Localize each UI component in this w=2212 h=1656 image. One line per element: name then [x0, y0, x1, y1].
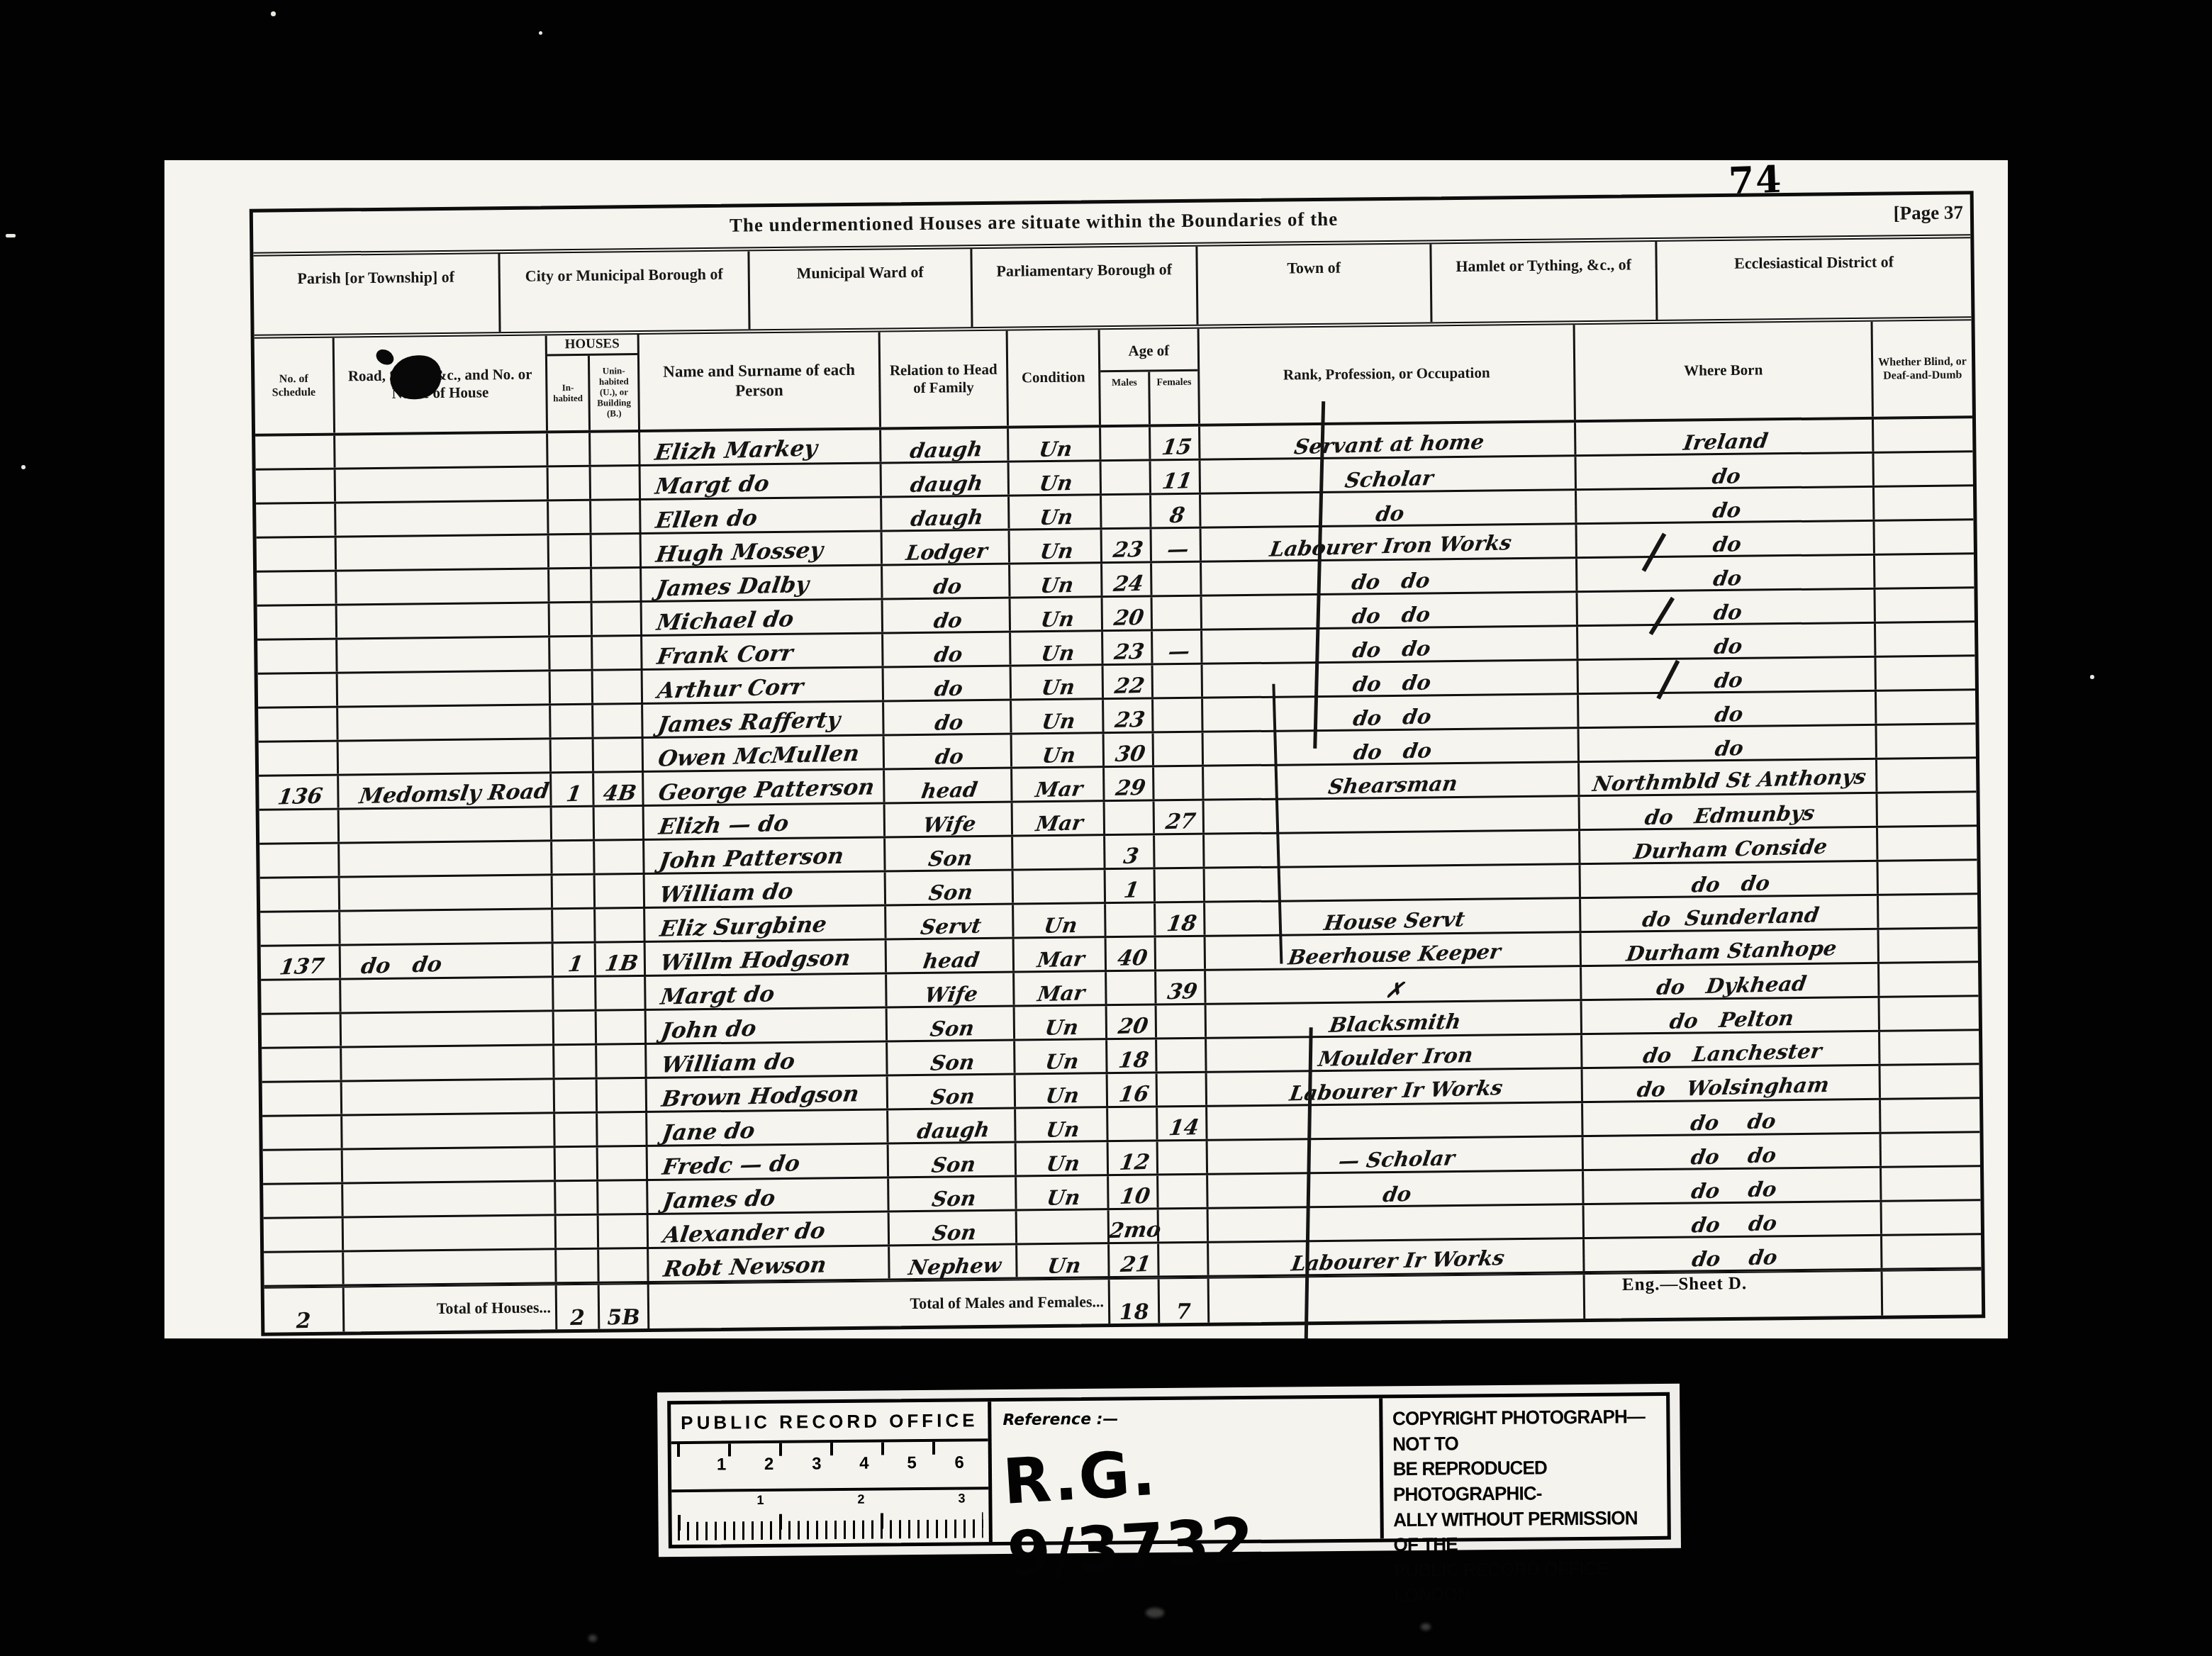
cell-inhabited: [555, 1114, 598, 1146]
cell-inhabited: [557, 1250, 599, 1282]
col-header-age: Age of: [1100, 329, 1198, 370]
cell-infirmity: [1875, 486, 1973, 519]
cell-inhabited: [552, 739, 594, 772]
reference-value: R.G. 9/3732: [1001, 1423, 1385, 1591]
cell-infirmity: [1874, 418, 1972, 451]
cell-uninhabited: [599, 1249, 649, 1282]
cell-schedule: [262, 1116, 342, 1148]
cell-condition: Mar: [1013, 802, 1105, 834]
cell-name: John do: [647, 1008, 888, 1043]
cell-road: [342, 1012, 554, 1046]
cell-age-f: —: [1153, 631, 1202, 664]
cell-age-m: 16: [1108, 1073, 1158, 1106]
cell-name: Margt do: [646, 974, 887, 1009]
cell-name: Robt Newson: [649, 1246, 890, 1281]
cell-age-f: [1155, 835, 1205, 868]
cell-infirmity: [1877, 759, 1976, 791]
list-item: 6: [954, 1453, 964, 1473]
cell-relation: daugh: [888, 1109, 1016, 1143]
cell-relation: Son: [889, 1177, 1017, 1211]
cell-condition: Un: [1012, 666, 1104, 698]
cell-schedule: [262, 1048, 342, 1080]
pro-reference-section: Reference :— R.G. 9/3732: [991, 1398, 1384, 1542]
cell-inhabited: [550, 603, 593, 636]
cell-infirmity: [1882, 1201, 1981, 1233]
total-houses-label: Total of Houses...: [345, 1285, 558, 1331]
list-item: COPYRIGHT PHOTOGRAPH—NOT TO: [1392, 1404, 1651, 1457]
col-header-born: Where Born: [1575, 322, 1874, 420]
cell-uninhabited: [598, 1079, 647, 1112]
cell-occupation: [1205, 831, 1580, 867]
cell-road: [344, 1250, 557, 1284]
col-header-houses-group: HOUSES In-habited Unin-habited (U.), or …: [547, 335, 640, 430]
cell-infirmity: [1878, 827, 1977, 859]
cell-age-m: 23: [1102, 529, 1152, 561]
cell-age-m: [1101, 427, 1151, 459]
cell-road: [338, 705, 551, 739]
cell-inhabited: [554, 1012, 597, 1044]
col-header-age-group: Age of Males Females: [1100, 329, 1200, 425]
cell-name: Arthur Corr: [643, 668, 884, 703]
cell-relation: do: [883, 633, 1011, 666]
cell-occupation: do do: [1203, 661, 1579, 697]
cell-age-m: [1108, 1107, 1158, 1140]
cell-infirmity: [1880, 1031, 1979, 1063]
cell-uninhabited: [593, 603, 642, 635]
cell-road: [343, 1182, 556, 1216]
cell-name: Frank Corr: [642, 634, 883, 668]
cell-condition: Un: [1010, 461, 1102, 494]
cell-name: Alexander do: [649, 1212, 890, 1247]
cell-born: do do: [1584, 1134, 1882, 1169]
list-item: 4: [859, 1454, 869, 1474]
cell-occupation: Moulder Iron: [1207, 1035, 1582, 1071]
cell-relation: do: [884, 701, 1012, 734]
total-females: 7: [1160, 1279, 1210, 1324]
cell-road: [340, 807, 552, 841]
cell-age-f: [1156, 869, 1205, 902]
cell-condition: Un: [1016, 1074, 1108, 1107]
cell-uninhabited: [597, 1045, 647, 1078]
cell-relation: head: [887, 939, 1015, 973]
film-smudge: [588, 1635, 597, 1642]
film-speck: [2090, 675, 2094, 679]
cell-relation: do: [883, 565, 1010, 598]
cell-schedule: [259, 742, 339, 775]
cell-condition: [1013, 836, 1105, 868]
ruler-fine: 123: [671, 1489, 989, 1545]
cell-road: [339, 739, 552, 773]
cell-schedule: [258, 708, 338, 741]
cell-name: Brown Hodgson: [647, 1076, 888, 1111]
cell-uninhabited: 1B: [596, 943, 646, 975]
film-speck: [6, 234, 16, 237]
cell-condition: Mar: [1015, 972, 1107, 1005]
cell-age-f: [1152, 563, 1202, 595]
cell-born: do: [1579, 692, 1877, 727]
cell-inhabited: [554, 978, 596, 1010]
cell-born: do Pelton: [1582, 998, 1880, 1033]
cell-age-f: 14: [1158, 1107, 1207, 1140]
ink-blot-small: [374, 347, 396, 368]
cell-occupation: — Scholar: [1208, 1137, 1584, 1173]
cell-schedule: [264, 1218, 344, 1251]
cell-inhabited: [549, 467, 591, 500]
cell-relation: do: [884, 667, 1012, 700]
cell-name: James do: [648, 1178, 889, 1213]
total-houses-uninhabited: 5B: [600, 1285, 650, 1329]
cell-born: do do: [1585, 1236, 1882, 1271]
cell-age-f: 8: [1151, 495, 1201, 527]
cell-age-f: [1154, 665, 1203, 698]
cell-condition: Un: [1017, 1176, 1109, 1209]
cell-born: do: [1577, 488, 1875, 522]
cell-occupation: do do: [1202, 559, 1577, 595]
cell-age-m: 2mo: [1110, 1209, 1159, 1242]
cell-road: [337, 569, 549, 603]
cell-road: [337, 603, 550, 637]
list-item: ALLY WITHOUT PERMISSION OF THE: [1393, 1506, 1652, 1558]
cell-road: [337, 535, 549, 569]
cell-name: William do: [647, 1042, 888, 1077]
cell-uninhabited: [598, 1113, 647, 1146]
cell-born: do do: [1584, 1168, 1882, 1203]
cell-name: William do: [645, 872, 886, 907]
film-speck: [539, 31, 542, 35]
cell-inhabited: [555, 1080, 598, 1112]
cell-age-f: [1153, 597, 1202, 630]
cell-condition: Un: [1010, 530, 1102, 562]
cell-relation: Son: [888, 1075, 1016, 1109]
cell-condition: Un: [1017, 1244, 1110, 1277]
cell-born: do: [1579, 658, 1877, 693]
cell-schedule: [257, 538, 337, 571]
cell-born: do do: [1583, 1100, 1881, 1135]
header-parish: Parish [or Township] of: [253, 254, 501, 335]
list-item: BE REPRODUCED PHOTOGRAPHIC-: [1392, 1455, 1651, 1507]
pro-copyright-section: COPYRIGHT PHOTOGRAPH—NOT TOBE REPRODUCED…: [1382, 1396, 1659, 1538]
cell-inhabited: 1: [552, 773, 594, 806]
cell-age-m: 30: [1105, 733, 1154, 766]
film-frame: 74 The undermentioned Houses are situate…: [0, 0, 2212, 1656]
cell-inhabited: [553, 910, 596, 942]
cell-name: Ellen do: [641, 498, 882, 532]
total-males: 18: [1110, 1279, 1161, 1324]
cell-schedule: [256, 470, 336, 503]
film-smudge: [1421, 1623, 1431, 1630]
cell-born: do: [1577, 556, 1875, 591]
cell-name: James Dalby: [642, 566, 883, 600]
cell-uninhabited: [592, 535, 642, 567]
col-header-relation: Relation to Head of Family: [881, 331, 1009, 427]
cell-uninhabited: [595, 807, 644, 839]
cell-occupation: Scholar: [1201, 457, 1577, 493]
col-header-road: Road, Street, &c., and No. or Name of Ho…: [335, 335, 548, 432]
cell-inhabited: [556, 1148, 598, 1180]
cell-road: [337, 637, 550, 671]
cell-schedule: 137: [261, 946, 341, 978]
cell-born: Durham Stanhope: [1582, 930, 1879, 965]
cell-born: Durham Conside: [1580, 828, 1878, 863]
cell-inhabited: [554, 1046, 597, 1078]
cell-infirmity: [1874, 452, 1972, 485]
cell-age-f: 11: [1151, 461, 1201, 493]
cell-schedule: 136: [259, 776, 339, 808]
cell-infirmity: [1882, 1133, 1980, 1165]
total-empty-infirmity: [1883, 1270, 1982, 1315]
pro-stamp-box: PUBLIC RECORD OFFICE 123456 123 Referenc…: [667, 1392, 1671, 1548]
list-item: 5: [907, 1453, 917, 1473]
list-item: PUBLIC RECORD OFFICE, LONDON: [1394, 1556, 1653, 1609]
cell-age-f: 18: [1156, 903, 1205, 936]
cell-infirmity: [1877, 724, 1976, 757]
cell-occupation: House Servt: [1205, 899, 1581, 935]
cell-uninhabited: [596, 875, 645, 907]
ruler-small-numbers: 123: [756, 1491, 983, 1508]
cell-name: Hugh Mossey: [642, 532, 883, 566]
total-schedule-count: 2: [264, 1287, 345, 1332]
cell-occupation: [1209, 1205, 1585, 1241]
col-header-infirmity: Whether Blind, or Deaf-and-Dumb: [1873, 320, 1972, 416]
cell-occupation: do do: [1202, 593, 1578, 629]
cell-inhabited: [551, 671, 593, 704]
cell-born: do Sunderland: [1581, 896, 1879, 931]
cell-schedule: [264, 1252, 344, 1285]
cell-schedule: [258, 674, 338, 707]
cell-age-m: 23: [1103, 631, 1153, 664]
cell-schedule: [260, 912, 340, 944]
cell-uninhabited: [599, 1215, 649, 1248]
cell-age-f: [1157, 1005, 1207, 1038]
cell-schedule: [259, 844, 340, 876]
header-parliamentary-borough: Parliamentary Borough of: [972, 247, 1198, 327]
cell-name: John Patterson: [644, 838, 886, 873]
cell-age-m: 1: [1106, 869, 1156, 902]
cell-age-m: 29: [1105, 767, 1154, 800]
cell-born: do Dykhead: [1582, 964, 1879, 999]
cell-name: Michael do: [642, 600, 883, 634]
cell-infirmity: [1875, 520, 1973, 553]
cell-uninhabited: [596, 909, 645, 941]
cell-occupation: Servant at home: [1200, 423, 1576, 459]
cell-condition: Un: [1011, 632, 1103, 664]
cell-born: do do: [1585, 1202, 1882, 1237]
header-hamlet: Hamlet or Tything, &c., of: [1431, 242, 1658, 322]
cell-age-m: 18: [1107, 1039, 1157, 1072]
cell-occupation: [1205, 797, 1580, 833]
cell-relation: Servt: [886, 905, 1014, 939]
cell-relation: Son: [888, 1007, 1015, 1041]
cell-schedule: [257, 606, 337, 639]
cell-condition: Un: [1009, 427, 1101, 460]
cell-age-m: 10: [1109, 1175, 1158, 1208]
cell-name: Eliz Surgbine: [645, 906, 886, 941]
cell-infirmity: [1879, 895, 1977, 927]
cell-infirmity: [1879, 963, 1978, 995]
col-header-occupation: Rank, Profession, or Occupation: [1200, 325, 1576, 424]
cell-born: Northmbld St Anthonys: [1580, 760, 1877, 795]
cell-age-f: [1154, 699, 1203, 732]
cell-road: [335, 433, 548, 467]
cell-relation: Son: [889, 1143, 1017, 1177]
cell-age-f: [1154, 767, 1204, 800]
cell-uninhabited: [596, 977, 646, 1009]
cell-condition: Un: [1017, 1142, 1109, 1175]
cell-schedule: [255, 436, 335, 469]
header-city-borough: City or Municipal Borough of: [500, 251, 750, 332]
table-body: Elizh MarkeydaughUn15Servant at homeIrel…: [255, 418, 1981, 1287]
cell-inhabited: [557, 1216, 599, 1248]
cell-condition: Mar: [1015, 938, 1107, 970]
list-item: 3: [958, 1492, 965, 1506]
cell-inhabited: [548, 433, 591, 466]
cell-condition: Un: [1012, 700, 1104, 732]
film-smudge: [1146, 1608, 1164, 1618]
cell-infirmity: [1882, 1235, 1981, 1268]
cell-occupation: Beerhouse Keeper: [1206, 933, 1582, 969]
cell-age-f: [1154, 733, 1204, 766]
cell-uninhabited: [597, 1011, 647, 1044]
cell-name: James Rafferty: [643, 702, 884, 737]
cell-road: [344, 1216, 557, 1250]
cell-age-m: 20: [1103, 597, 1153, 630]
cell-occupation: do: [1208, 1171, 1584, 1207]
cell-uninhabited: [593, 705, 643, 737]
cell-age-m: 23: [1104, 699, 1154, 732]
table-header-row: No. of Schedule Road, Street, &c., and N…: [255, 320, 1972, 436]
cell-infirmity: [1880, 997, 1979, 1029]
cell-born: do: [1577, 522, 1875, 556]
cell-infirmity: [1876, 622, 1974, 655]
cell-born: do: [1578, 590, 1876, 625]
cell-road: [340, 875, 553, 910]
census-form: The undermentioned Houses are situate wi…: [250, 191, 1986, 1336]
cell-road: [336, 501, 549, 535]
cell-schedule: [257, 572, 337, 605]
cell-schedule: [262, 1014, 342, 1046]
cell-schedule: [256, 504, 336, 537]
cell-born: do Wolsingham: [1583, 1066, 1881, 1101]
cell-name: Jane do: [647, 1110, 888, 1145]
cell-occupation: Blacksmith: [1207, 1001, 1582, 1037]
cell-condition: Mar: [1012, 768, 1105, 800]
list-item: 3: [812, 1454, 822, 1474]
cell-uninhabited: [598, 1147, 648, 1180]
cell-relation: head: [885, 769, 1012, 802]
cell-age-f: [1157, 1039, 1207, 1072]
cell-condition: Un: [1011, 598, 1103, 630]
cell-road: [341, 978, 554, 1012]
col-header-females: Females: [1150, 371, 1198, 425]
cell-uninhabited: [592, 569, 642, 601]
cell-infirmity: [1877, 690, 1975, 723]
cell-infirmity: [1881, 1099, 1979, 1131]
cell-inhabited: [553, 875, 596, 908]
film-speck: [21, 465, 26, 469]
cell-age-f: [1156, 937, 1206, 970]
cell-born: do: [1577, 454, 1875, 488]
col-header-schedule: No. of Schedule: [255, 338, 335, 434]
cell-inhabited: [552, 841, 595, 874]
col-header-inhabited: In-habited: [547, 356, 591, 431]
cell-name: Margt do: [641, 464, 882, 498]
cell-condition: Un: [1014, 904, 1106, 936]
list-item: 1: [717, 1455, 727, 1475]
cell-occupation: [1205, 865, 1581, 901]
cell-inhabited: [550, 637, 593, 670]
cell-road: [342, 1046, 554, 1080]
cell-uninhabited: 4B: [594, 773, 644, 805]
cell-age-f: 39: [1156, 971, 1206, 1004]
cell-schedule: [263, 1184, 343, 1216]
header-ecclesiastical: Ecclesiastical District of: [1657, 238, 1971, 320]
cell-age-f: [1158, 1175, 1208, 1208]
cell-age-f: 27: [1155, 801, 1205, 834]
cell-age-m: [1102, 461, 1151, 493]
list-item: 2: [764, 1455, 774, 1475]
cell-occupation: ✗: [1206, 967, 1582, 1003]
cell-road: do do: [341, 944, 554, 978]
cell-occupation: Labourer Iron Works: [1202, 525, 1577, 561]
cell-born: do Lanchester: [1582, 1032, 1880, 1067]
cell-inhabited: [556, 1182, 598, 1214]
col-header-condition: Condition: [1008, 330, 1101, 425]
film-speck: [271, 11, 276, 16]
cell-age-m: 3: [1105, 835, 1155, 868]
cell-uninhabited: [595, 841, 644, 873]
cell-condition: Un: [1010, 564, 1102, 596]
list-item: 2: [857, 1492, 864, 1507]
pro-stamp-strip: PUBLIC RECORD OFFICE 123456 123 Referenc…: [657, 1384, 1681, 1557]
cell-infirmity: [1879, 861, 1977, 893]
cell-age-m: 24: [1102, 563, 1152, 595]
cell-road: [338, 671, 551, 705]
cell-inhabited: [551, 705, 593, 738]
cell-age-f: [1158, 1141, 1208, 1174]
cell-schedule: [257, 640, 337, 673]
list-item: 1: [756, 1493, 764, 1508]
cell-road: [342, 1080, 555, 1114]
cell-relation: daugh: [882, 497, 1010, 530]
cell-schedule: [259, 810, 340, 842]
cell-name: Fredc — do: [648, 1144, 889, 1179]
cell-born: do Edmunbys: [1580, 794, 1878, 829]
cell-name: Elizh Markey: [640, 430, 881, 464]
cell-inhabited: [549, 535, 592, 568]
cell-inhabited: [549, 569, 592, 602]
header-municipal-ward: Municipal Ward of: [749, 249, 973, 329]
cell-infirmity: [1881, 1065, 1979, 1097]
cell-uninhabited: [593, 671, 643, 703]
col-header-name: Name and Surname of each Person: [639, 332, 881, 430]
cell-uninhabited: [594, 739, 644, 771]
cell-road: [340, 910, 553, 944]
total-empty-occupation: [1210, 1275, 1586, 1323]
cell-born: do: [1578, 624, 1876, 659]
cell-age-m: 22: [1104, 665, 1154, 698]
total-persons-label: Total of Males and Females...: [649, 1280, 1111, 1328]
cell-born: do do: [1581, 862, 1879, 897]
header-town: Town of: [1197, 244, 1432, 324]
form-title: The undermentioned Houses are situate wi…: [253, 203, 1814, 242]
cell-relation: do: [885, 735, 1012, 768]
cell-schedule: [261, 980, 341, 1012]
cell-age-m: [1102, 495, 1151, 527]
cell-road: [336, 467, 549, 501]
cell-age-f: [1159, 1243, 1209, 1276]
cell-inhabited: [552, 807, 595, 840]
cell-uninhabited: [593, 637, 642, 669]
